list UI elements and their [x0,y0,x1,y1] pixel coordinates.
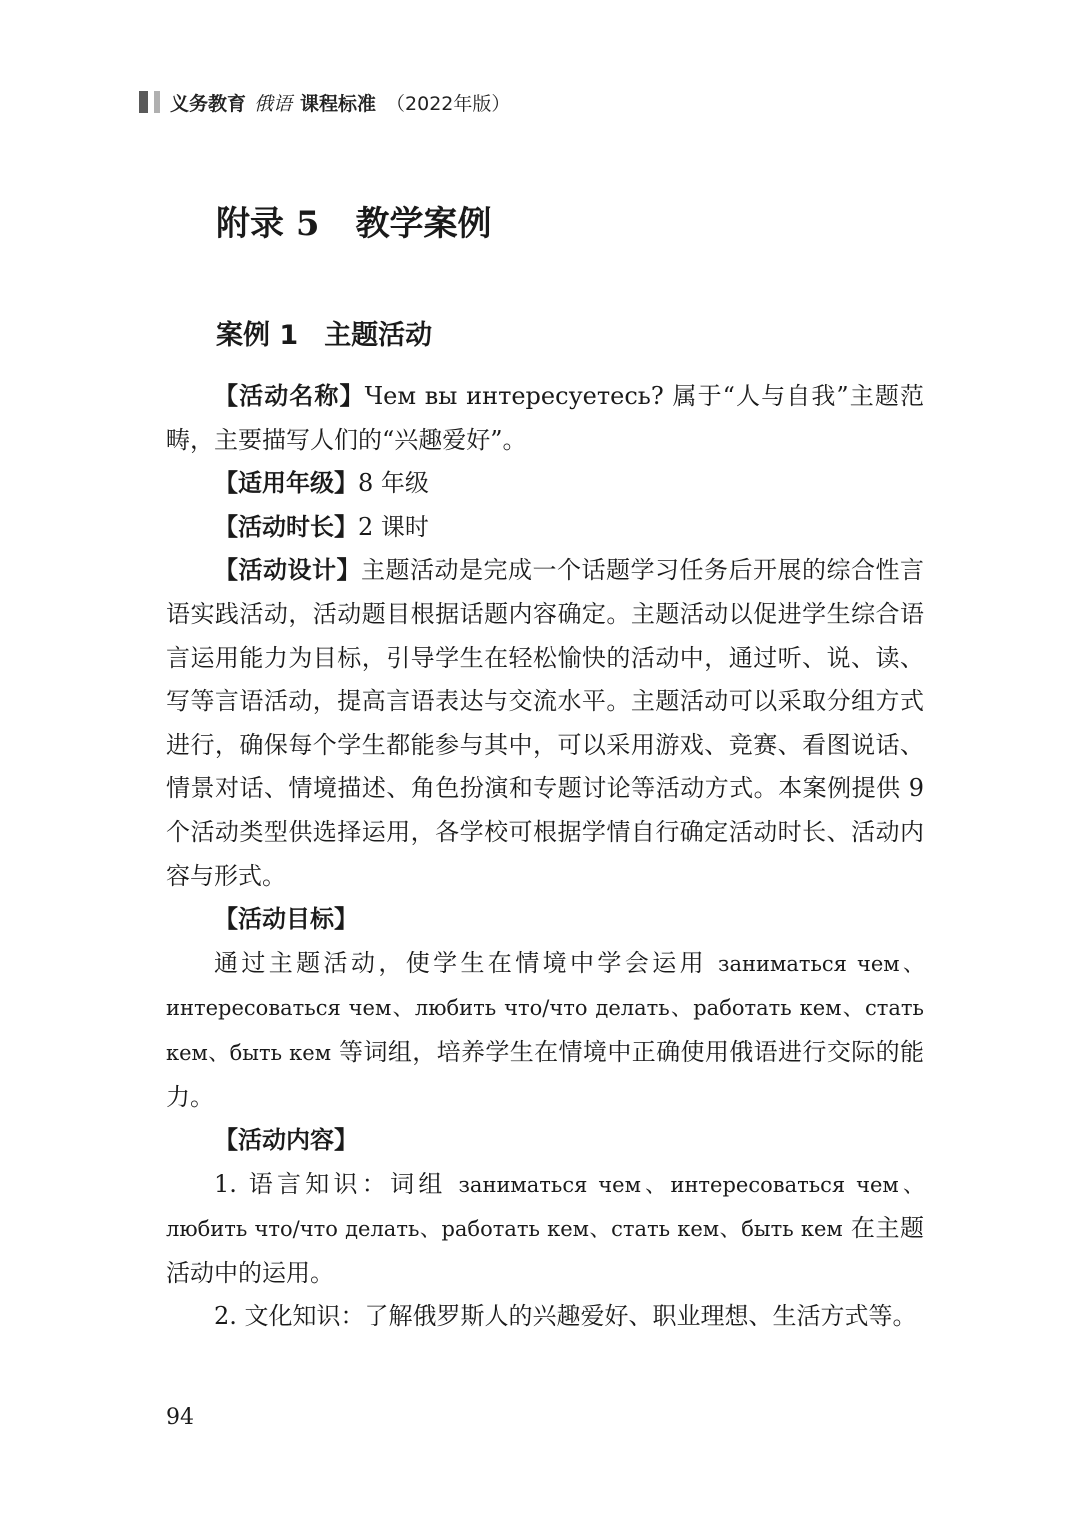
section-design: 【活动设计】主题活动是完成一个话题学习任务后开展的综合性言语实践活动，活动题目根… [166,549,924,898]
section-duration: 【活动时长】2 课时 [166,506,924,550]
header-bar-dark [139,91,148,113]
body-text: 【活动名称】Чем вы интересуетесь? 属于“人与自我”主题范畴… [166,375,924,1339]
section-activity-name: 【活动名称】Чем вы интересуетесь? 属于“人与自我”主题范畴… [166,375,924,462]
appendix-heading: 附录 5教学案例 [216,196,492,245]
section-grade: 【适用年级】8 年级 [166,462,924,506]
case-heading: 案例 1主题活动 [216,313,432,352]
running-header: 义务教育俄语课程标准（2022年版） [139,88,510,116]
header-bar-light [154,91,160,113]
content-item-1: 1. 语言知识：词组 заниматься чем、интересоваться… [166,1163,924,1296]
section-content-label: 【活动内容】 [166,1119,924,1163]
page-number: 94 [166,1405,194,1430]
book-title: 义务教育俄语课程标准（2022年版） [170,89,510,116]
section-goal-text: 通过主题活动，使学生在情境中学会运用 заниматься чем、интере… [166,942,924,1119]
content-item-2: 2. 文化知识：了解俄罗斯人的兴趣爱好、职业理想、生活方式等。 [166,1295,924,1339]
section-goal-label: 【活动目标】 [166,898,924,942]
